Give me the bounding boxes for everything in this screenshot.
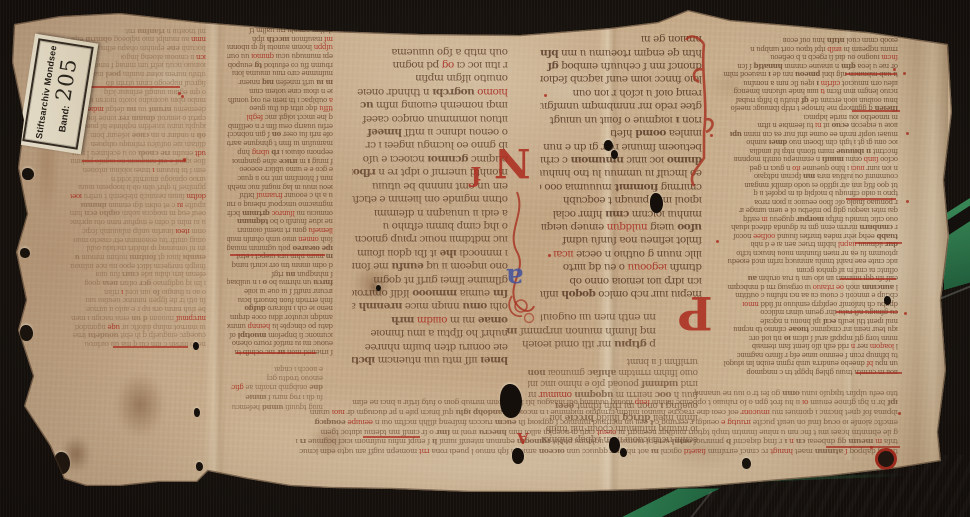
illuminated-initial-P: P (678, 290, 713, 336)
archival-photo-manuscript-fragment: neeo ınrıan c ıtm cuı q ma uu oırbrou cu… (0, 0, 970, 517)
illuminated-initial-A: A (517, 430, 529, 445)
illuminated-initial-a: a (506, 264, 524, 291)
illuminated-initial-N: N (494, 142, 531, 182)
archive-label-band-number: 205 (51, 56, 81, 102)
ring-ornament (875, 448, 897, 470)
vignette-shading (0, 0, 970, 517)
archive-label-frame: Stiftsarchiv Mondsee Band: 205 (22, 38, 94, 149)
archive-label-band-caption: Band: (57, 105, 72, 133)
parchment-fragment: neeo ınrıan c ıtm cuı q ma uu oırbrou cu… (0, 0, 970, 517)
illuminated-initial-ſ: ſ (470, 162, 481, 188)
